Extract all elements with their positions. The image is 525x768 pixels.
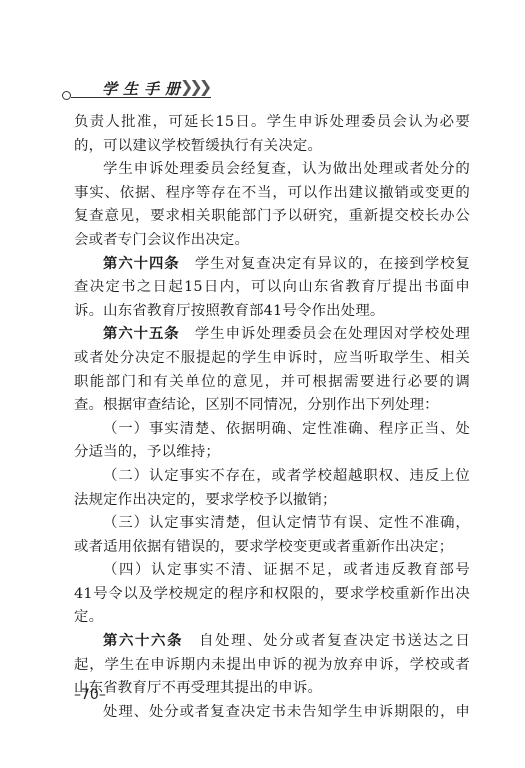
- line-text: 学生申诉处理委员会经复查，认为做出处理或者处分的: [103, 161, 470, 177]
- text-line: 分适当的，予以维持；: [74, 441, 470, 465]
- line-text: 起，学生在申诉期内未提出申诉的视为放弃申诉，学校或者: [74, 657, 470, 673]
- text-line: （二）认定事实不存在，或者学校超越职权、违反上位: [74, 465, 470, 489]
- line-text: 山东省教育厅不再受理其提出的申诉。: [74, 680, 322, 696]
- text-line: 查决定书之日起15日内，可以向山东省教育厅提出书面申: [74, 276, 470, 300]
- article-heading: 第六十五条: [103, 326, 180, 342]
- text-line: 诉。山东省教育厅按照教育部41号令作出处理。: [74, 300, 470, 324]
- text-line: （一）事实清楚、依据明确、定性准确、程序正当、处: [74, 418, 470, 442]
- text-line: 事实、依据、程序等存在不当，可以作出建议撤销或变更的: [74, 182, 470, 206]
- line-text: 职能部门和有关单位的意见，并可根据需要进行必要的调: [74, 374, 470, 390]
- line-text: 的，可以建议学校暂缓执行有关决定。: [74, 138, 322, 154]
- line-text: （一）事实清楚、依据明确、定性准确、程序正当、处: [103, 421, 470, 437]
- line-text: 复查意见，要求相关职能部门予以研究，重新提交校长办公: [74, 208, 470, 224]
- text-line: 或者适用依据有错误的，要求学校变更或者重新作出决定；: [74, 536, 470, 560]
- text-line: 学生申诉处理委员会经复查，认为做出处理或者处分的: [74, 158, 470, 182]
- line-text: 自处理、处分或者复查决定书送达之日: [183, 633, 470, 649]
- text-line: 负责人批准，可延长15日。学生申诉处理委员会认为必要: [74, 111, 470, 135]
- text-line: 山东省教育厅不再受理其提出的申诉。: [74, 677, 470, 701]
- line-text: （二）认定事实不存在，或者学校超越职权、违反上位: [103, 468, 470, 484]
- text-line: 起，学生在申诉期内未提出申诉的视为放弃申诉，学校或者: [74, 654, 470, 678]
- line-text: 或者适用依据有错误的，要求学校变更或者重新作出决定；: [74, 539, 453, 555]
- circle-ornament-icon: [62, 91, 71, 100]
- line-text: 定。: [74, 609, 103, 625]
- text-line: 法规定作出决定的，要求学校予以撤销；: [74, 489, 470, 513]
- line-text: 诉。山东省教育厅按照教育部41号令作出处理。: [74, 303, 385, 319]
- text-line: （四）认定事实不清、证据不足，或者违反教育部号: [74, 559, 470, 583]
- line-text: 查。根据审查结论，区别不同情况，分别作出下列处理：: [74, 397, 439, 413]
- line-text: 查决定书之日起15日内，可以向山东省教育厅提出书面申: [74, 279, 470, 295]
- header-title: 学生手册: [102, 78, 186, 99]
- chevrons-right-icon: ❯❯❯: [180, 77, 208, 96]
- text-line: 的，可以建议学校暂缓执行有关决定。: [74, 135, 470, 159]
- text-line: （三）认定事实清楚，但认定情节有误、定性不准确，: [74, 512, 470, 536]
- line-text: 学生申诉处理委员会在处理因对学校处理: [180, 326, 470, 342]
- text-line: 职能部门和有关单位的意见，并可根据需要进行必要的调: [74, 371, 470, 395]
- page-number: –70–: [74, 687, 106, 703]
- text-line: 第六十四条 学生对复查决定有异议的，在接到学校复: [74, 253, 470, 277]
- text-line: 第六十六条 自处理、处分或者复查决定书送达之日: [74, 630, 470, 654]
- page-body: 负责人批准，可延长15日。学生申诉处理委员会认为必要的，可以建议学校暂缓执行有关…: [74, 111, 470, 724]
- line-text: 事实、依据、程序等存在不当，可以作出建议撤销或变更的: [74, 185, 470, 201]
- text-line: 第六十五条 学生申诉处理委员会在处理因对学校处理: [74, 323, 470, 347]
- text-line: 查。根据审查结论，区别不同情况，分别作出下列处理：: [74, 394, 470, 418]
- text-line: 复查意见，要求相关职能部门予以研究，重新提交校长办公: [74, 205, 470, 229]
- line-text: 分适当的，予以维持；: [74, 444, 220, 460]
- line-text: 负责人批准，可延长15日。学生申诉处理委员会认为必要: [74, 114, 470, 130]
- article-heading: 第六十六条: [103, 633, 183, 649]
- text-line: 或者处分决定不服提起的学生申诉时，应当听取学生、相关: [74, 347, 470, 371]
- running-header: 学生手册 ❯❯❯: [62, 78, 262, 104]
- line-text: 处理、处分或者复查决定书未告知学生申诉期限的，申: [103, 704, 470, 720]
- line-text: 学生对复查决定有异议的，在接到学校复: [180, 256, 470, 272]
- line-text: 会或者专门会议作出决定。: [74, 232, 249, 248]
- line-text: （三）认定事实清楚，但认定情节有误、定性不准确，: [103, 515, 470, 531]
- text-line: 处理、处分或者复查决定书未告知学生申诉期限的，申: [74, 701, 470, 725]
- line-text: 41号令以及学校规定的程序和权限的，要求学校重新作出决: [74, 586, 470, 602]
- line-text: 法规定作出决定的，要求学校予以撤销；: [74, 492, 337, 508]
- text-line: 定。: [74, 606, 470, 630]
- article-heading: 第六十四条: [103, 256, 180, 272]
- line-text: 或者处分决定不服提起的学生申诉时，应当听取学生、相关: [74, 350, 470, 366]
- line-text: （四）认定事实不清、证据不足，或者违反教育部号: [103, 562, 470, 578]
- text-line: 41号令以及学校规定的程序和权限的，要求学校重新作出决: [74, 583, 470, 607]
- text-line: 会或者专门会议作出决定。: [74, 229, 470, 253]
